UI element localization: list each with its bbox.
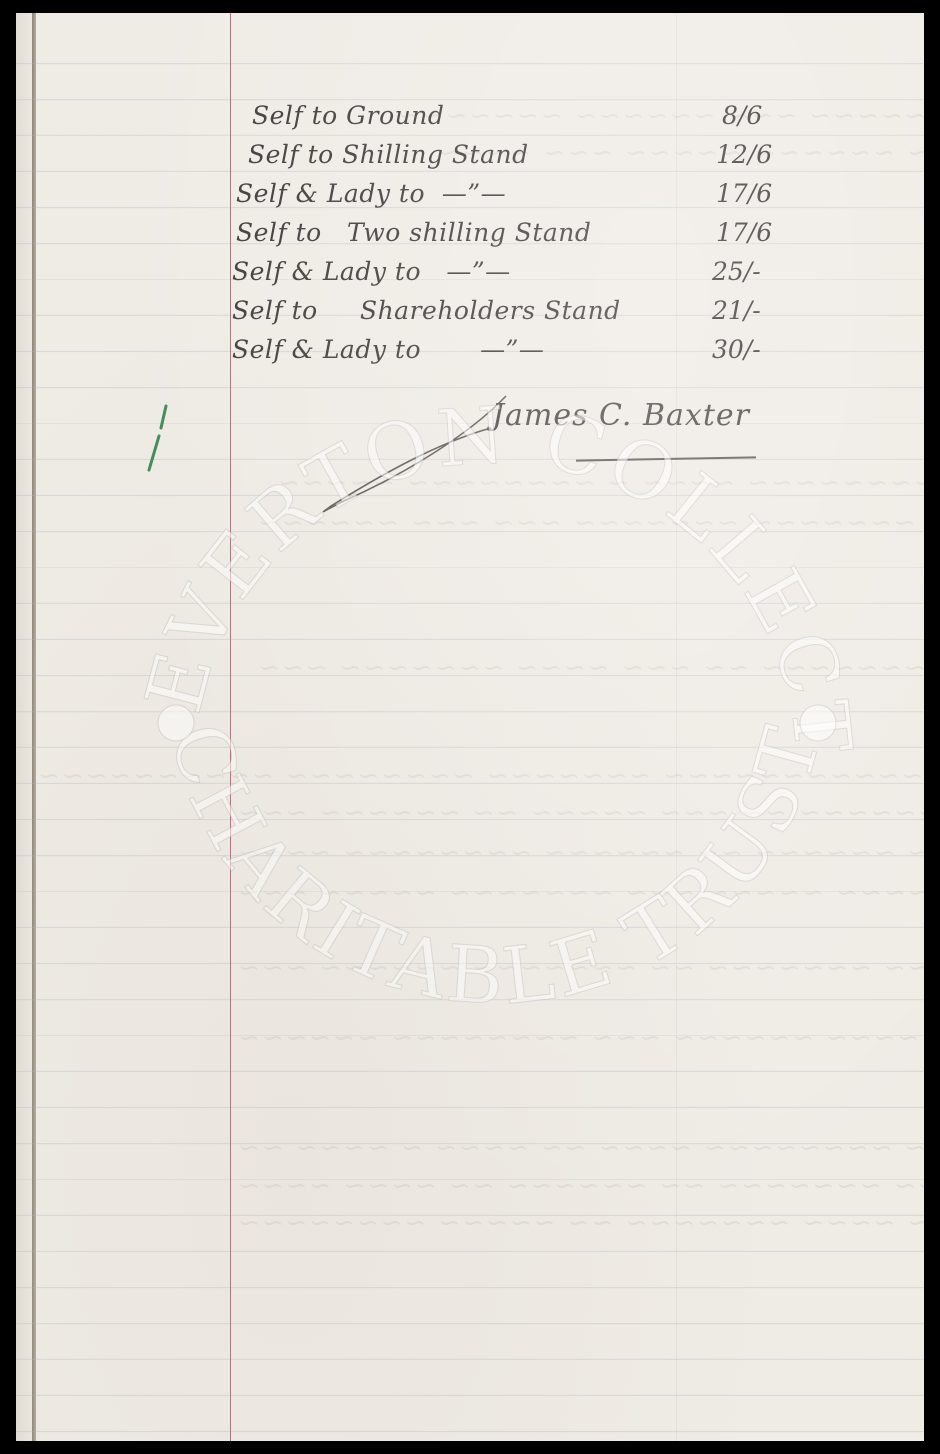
entry-amount: 17/6 bbox=[716, 218, 772, 247]
ledger-entry: Self & Lady to —”— 17/6 bbox=[16, 179, 924, 215]
entry-amount: 30/- bbox=[712, 335, 761, 364]
entry-description: Self & Lady to —”— bbox=[232, 257, 511, 286]
bleed-through-text: ~~ ~~~~~~~ ~~ ~~~ ~~~~ ~~~~~~~ ~~~ bbox=[256, 653, 924, 683]
entry-amount: 12/6 bbox=[716, 140, 772, 169]
entry-description: Self to Shilling Stand bbox=[248, 140, 529, 169]
green-tick-mark-icon bbox=[144, 398, 174, 478]
bleed-through-text: ~~ ~~~ ~~~~~~~ ~~ ~~~~~~ ~~ ~~~~ ~~~~ bbox=[236, 1171, 924, 1201]
entry-amount: 21/- bbox=[712, 296, 761, 325]
bleed-through-text: ~~~~~~~ ~~~~~ ~~~ ~~~~~~~ ~~~~~ ~~~ bbox=[236, 878, 924, 908]
entry-description: Self to Ground bbox=[252, 101, 444, 130]
ledger-entry: Self to Shareholders Stand 21/- bbox=[16, 296, 924, 332]
entry-description: Self & Lady to —”— bbox=[232, 335, 544, 364]
entry-description: Self to Two shilling Stand bbox=[236, 218, 591, 247]
entry-amount: 25/- bbox=[712, 257, 761, 286]
bleed-through-text: ~~~~ ~~~~ ~~~~~~~ ~~ ~~~~~ ~~~~~~~~ bbox=[236, 1208, 924, 1238]
bleed-through-text: ~~~~~~~~~~~~ ~~~~~~~ ~~~~~~~~ ~~~~~~~~~~ bbox=[36, 761, 924, 791]
entry-amount: 17/6 bbox=[716, 179, 772, 208]
ledger-entry: Self to Two shilling Stand 17/6 bbox=[16, 218, 924, 254]
bleed-through-text: ~~ ~~~ ~~~~~~ ~~ ~~~~~~ ~~~~~~~~ ~~~~ bbox=[236, 838, 924, 868]
entry-amount: 8/6 bbox=[722, 101, 762, 130]
bleed-through-text: ~~~~ ~~~~~~ ~~~ ~~~~~~~~ ~~~~~~ bbox=[236, 1023, 919, 1053]
bleed-through-text: ~~~~ ~~~~~~ ~~ ~~~ ~~~~~ ~~ ~~~~~~ ~~~ bbox=[236, 798, 924, 828]
ledger-entry: Self & Lady to —”— 30/- bbox=[16, 335, 924, 371]
ledger-entry: Self & Lady to —”— 25/- bbox=[16, 257, 924, 293]
bleed-through-text: ~~~~ ~~~~~~~ ~~ ~~~~~~~ ~~~~~~ ~~~ bbox=[236, 953, 924, 983]
ledger-page: ~~~~ ~~~~~~ ~~~ ~~~~~~ ~~~~~~~ ~~~~~ ~~~… bbox=[16, 13, 924, 1441]
ledger-entry: Self to Shilling Stand 12/6 bbox=[16, 140, 924, 176]
bleed-through-text: ~~ ~~~~ ~~~~~~~~ ~~~~ ~~ ~~~~ ~ ~~~~ ~~ bbox=[236, 1133, 924, 1163]
entry-description: Self & Lady to —”— bbox=[236, 179, 506, 208]
ledger-entry: Self to Ground 8/6 bbox=[16, 101, 924, 137]
entry-description: Self to Shareholders Stand bbox=[232, 296, 621, 325]
signature-flourish bbox=[316, 388, 516, 518]
signature: James C. Baxter bbox=[492, 398, 750, 433]
